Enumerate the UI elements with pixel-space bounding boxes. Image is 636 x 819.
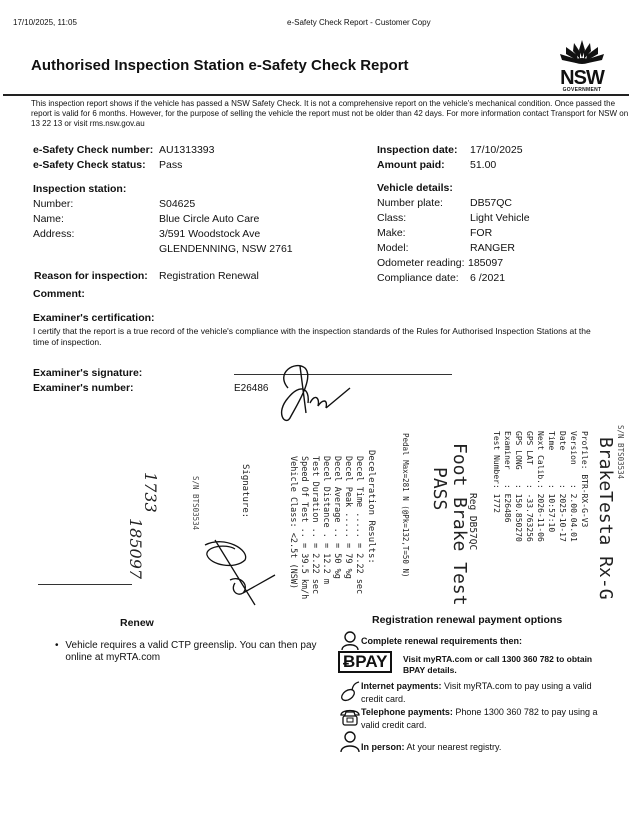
comment-label: Comment: (33, 288, 85, 300)
receipt-line: Profile: BTR-RX-G-V3 (579, 431, 590, 542)
receipt-line: GPS LONG : 150.850270 (513, 431, 524, 542)
bpay-logo-text: PAY (355, 652, 387, 671)
amount-paid-label: Amount paid: (377, 159, 470, 171)
decel-line: Decel Peak ..... = 79 %g (342, 456, 353, 599)
examiner-signature (270, 358, 380, 428)
odometer-label: Odometer reading: (377, 257, 468, 269)
bpay-text: Visit myRTA.com or call 1300 360 782 to … (403, 654, 613, 676)
person-icon (339, 731, 361, 753)
examiner-number: E26486 (234, 383, 268, 394)
receipt-line: Test Number: 1772 (491, 431, 502, 542)
cert-text: I certify that the report is a true reco… (33, 326, 593, 347)
nsw-logo: NSW GOVERNMENT (554, 38, 610, 93)
cert-heading: Examiner's certification: (33, 312, 155, 324)
in-person-text: At your nearest registry. (405, 742, 502, 752)
station-address-label: Address: (33, 228, 159, 240)
decel-line: Decel Time ..... = 2.22 sec (353, 456, 364, 599)
odometer-value: 185097 (468, 257, 503, 269)
waratah-icon (554, 38, 610, 64)
handwritten-note-2: 185097 (126, 518, 145, 579)
renewal-heading: Renew (120, 617, 154, 629)
compliance-label: Compliance date: (377, 272, 470, 284)
internet-label: Internet payments: (361, 681, 442, 691)
print-datetime: 17/10/2025, 11:05 (13, 18, 77, 27)
class-value: Light Vehicle (470, 212, 530, 224)
brake-test-receipt: S/N BTS03534 BrakeTesta Rx-G Profile: BT… (370, 425, 630, 595)
receipt-line: GPS LAT : -33.763256 (524, 431, 535, 542)
receipt-test-title: Foot Brake Test (450, 443, 468, 606)
decel-line: Decel Average .. = 50 %g (331, 456, 342, 599)
model-value: RANGER (470, 242, 515, 254)
plate-value: DB57QC (470, 197, 512, 209)
station-address-line1: 3/591 Woodstock Ave (159, 228, 260, 240)
renewal-bullet-text: Vehicle requires a valid CTP greenslip. … (65, 640, 325, 664)
decel-heading: Deceleration Results: (366, 450, 376, 564)
station-name-label: Name: (33, 213, 159, 225)
document-title: e-Safety Check Report - Customer Copy (287, 18, 431, 27)
reason-value: Registration Renewal (159, 270, 259, 282)
report-title: Authorised Inspection Station e-Safety C… (31, 57, 409, 74)
in-person-payment: In person: At your nearest registry. (361, 737, 501, 755)
station-number-label: Number: (33, 198, 159, 210)
telephone-payment: Telephone payments: Phone 1300 360 782 t… (361, 705, 601, 731)
receipt-line: Version : 2.00.04.01 (568, 431, 579, 542)
receipt-product: BrakeTesta Rx-G (596, 437, 614, 600)
header-divider (3, 94, 629, 96)
check-number-label: e-Safety Check number: (33, 144, 159, 156)
bullet-icon: • (55, 640, 65, 664)
receipt-serial-bottom: S/N BTS03534 (191, 476, 200, 530)
receipt-line: Next Calib.: 2026-11-06 (535, 431, 546, 542)
decel-line: Vehicle Class: <2.5t (NSW) (287, 456, 298, 599)
decel-results: Decel Time ..... = 2.22 secDecel Peak ..… (287, 456, 364, 599)
inspection-date: 17/10/2025 (470, 144, 523, 156)
decel-line: Test Duration .. = 2.22 sec (309, 456, 320, 599)
telephone-label: Telephone payments: (361, 707, 453, 717)
decel-line: Decel Distance . = 12.2 m (320, 456, 331, 599)
receipt-line: Date : 2025-10-17 (557, 431, 568, 542)
receipt-result: PASS (430, 467, 448, 510)
inspection-date-label: Inspection date: (377, 144, 470, 156)
check-status-label: e-Safety Check status: (33, 159, 159, 171)
receipt-line: Time : 10:57:10 (546, 431, 557, 542)
examiner-number-label: Examiner's number: (33, 382, 134, 394)
decel-line: Speed Of Test .. = 39.5 km/h (298, 456, 309, 599)
payment-heading: Registration renewal payment options (372, 614, 562, 626)
mouse-icon (339, 680, 361, 702)
check-status: Pass (159, 159, 182, 171)
blank-line (38, 584, 132, 585)
station-number: S04625 (159, 198, 195, 210)
logo-name: NSW (554, 69, 610, 87)
station-address-line2: GLENDENNING, NSW 2761 (159, 243, 293, 255)
bpay-logo: ɃPAY (338, 651, 392, 673)
in-person-label: In person: (361, 742, 405, 752)
model-label: Model: (377, 242, 470, 254)
station-name: Blue Circle Auto Care (159, 213, 259, 225)
renewal-bullet: • Vehicle requires a valid CTP greenslip… (55, 640, 325, 664)
vehicle-heading: Vehicle details: (377, 182, 453, 194)
receipt-details: Profile: BTR-RX-G-V3Version : 2.00.04.01… (491, 431, 590, 542)
receipt-pedal: Pedal Max=281 N (@Pk=132,T=50 N) (401, 433, 410, 578)
complete-requirements: Complete renewal requirements then: (361, 636, 522, 646)
check-number: AU1313393 (159, 144, 214, 156)
class-label: Class: (377, 212, 470, 224)
receipt-serial: S/N BTS03534 (616, 425, 625, 479)
station-heading: Inspection station: (33, 183, 126, 195)
receipt-signature (195, 535, 285, 615)
make-value: FOR (470, 227, 492, 239)
amount-paid: 51.00 (470, 159, 496, 171)
compliance-value: 6 /2021 (470, 272, 505, 284)
signature-label: Examiner's signature: (33, 367, 142, 379)
internet-payment: Internet payments: Visit myRTA.com to pa… (361, 679, 601, 705)
plate-label: Number plate: (377, 197, 470, 209)
receipt-signature-label: Signature: (240, 464, 250, 518)
handwritten-note-1: 1733 (141, 472, 160, 513)
person-icon (340, 631, 360, 651)
make-label: Make: (377, 227, 470, 239)
telephone-icon (339, 707, 361, 727)
bpay-b-icon: Ƀ (343, 652, 355, 671)
intro-text: This inspection report shows if the vehi… (31, 99, 631, 129)
receipt-line: Examiner : E26486 (502, 431, 513, 542)
reason-label: Reason for inspection: (34, 270, 159, 282)
